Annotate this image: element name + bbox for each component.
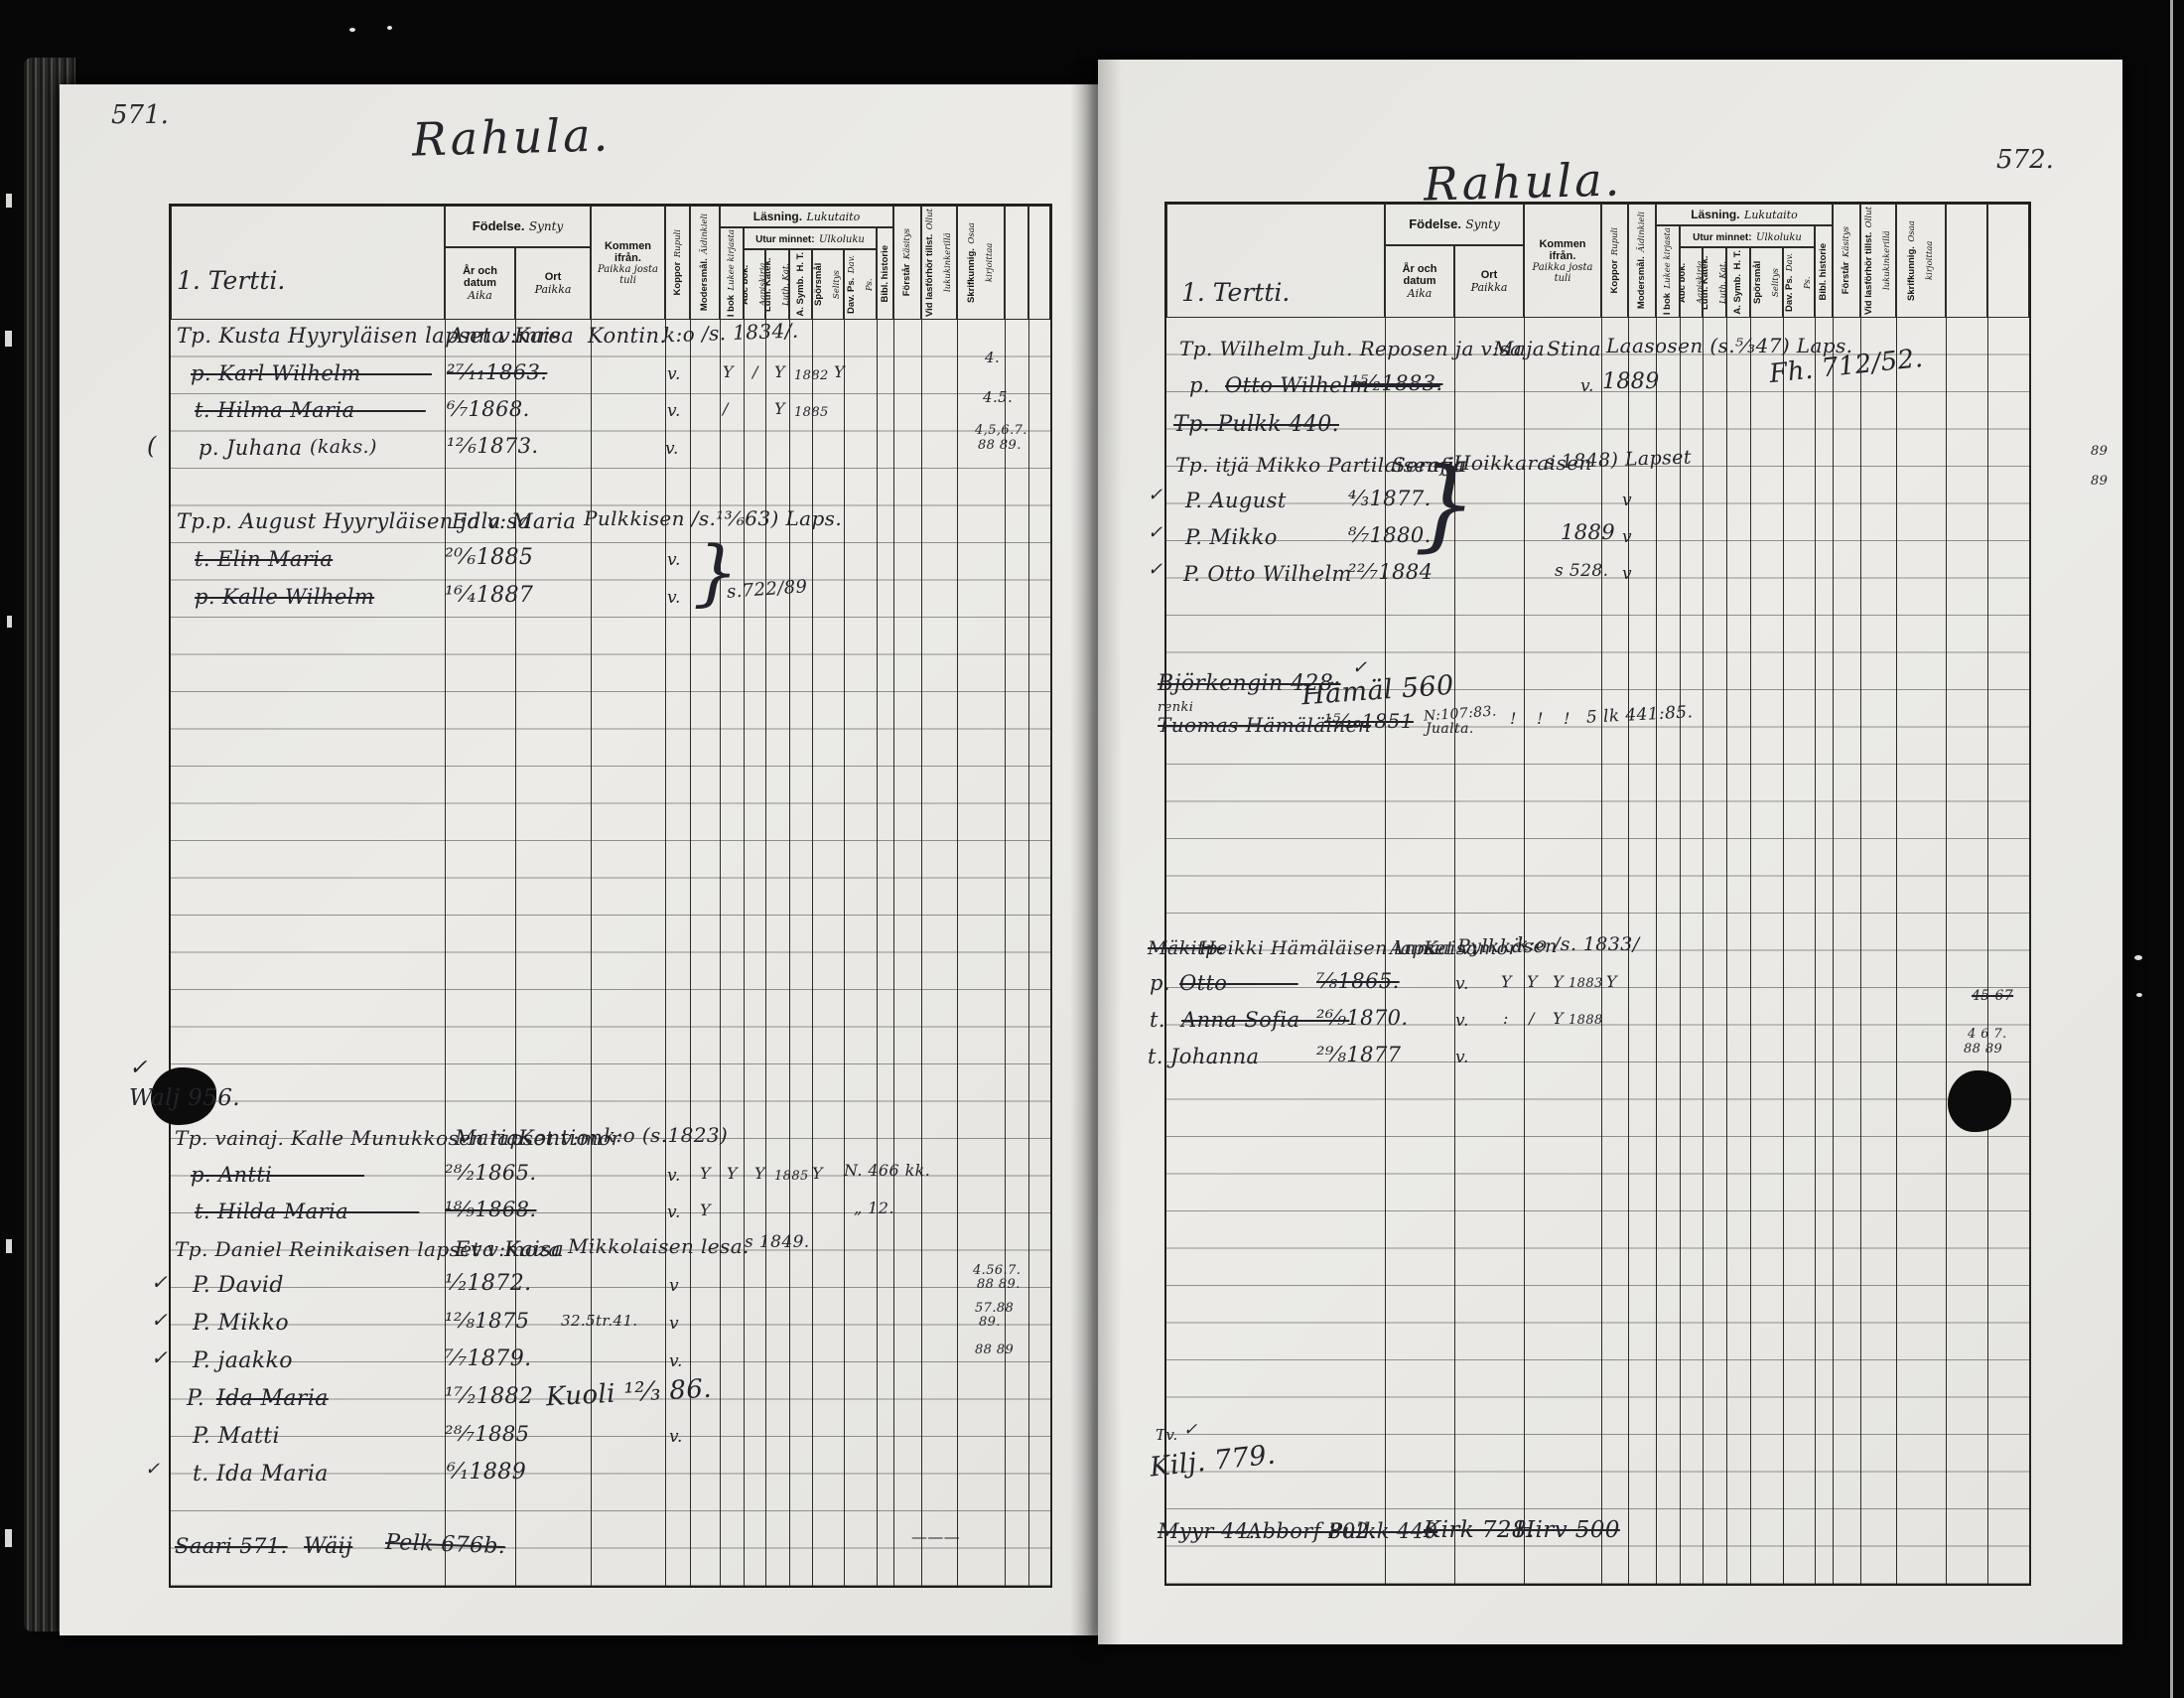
handwriting: ✓ [1352,659,1367,677]
handwriting: k:o (s.1823) [604,1125,728,1145]
handwriting: Maria [455,1128,519,1149]
handwriting: v. [669,1353,683,1370]
handwriting: 1883 [1569,977,1603,990]
handwriting: 45 67 [1972,989,2013,1003]
handwriting: ⁶⁄₁1889 [447,1462,526,1484]
handwriting: 1889 [1561,522,1615,543]
handwriting: ²⁰⁄₆1885 [445,547,533,569]
handwriting: / [1529,1011,1535,1027]
handwriting: ✓ [151,1310,168,1330]
handwriting: ! [1510,711,1517,727]
handwriting: 88 89 [1964,1043,2002,1056]
handwriting: ²²⁄₇1884 [1348,562,1433,583]
handwriting: ✓ [1148,524,1162,542]
handwriting: p. [1189,375,1210,396]
handwriting: ✓ [1148,561,1162,579]
left-page: 571. Rahula. 1. Tertti. Födelse. Synty Å… [60,84,1098,1635]
handwriting: Kaisa [504,1239,564,1260]
handwriting: Tp. Pulkk 440. [1173,414,1339,436]
handwriting: Y [754,1166,765,1182]
handwriting: P. Mikko [193,1313,289,1335]
handwriting: ¹²⁄₈1875 [445,1311,529,1332]
handwriting: t. [1150,1010,1165,1031]
handwriting: Anna [449,326,504,347]
book-gutter-shadow [1070,58,1122,1644]
handwriting: Stina [1547,339,1601,358]
handwriting: 4.56.7. [973,1264,1021,1277]
handwriting: 5 lk 441:85. [1586,704,1694,727]
handwriting: Kuoli ¹²⁄₃ 86. [545,1376,712,1411]
handwriting: Walj 956. [129,1087,240,1110]
handwriting: Jualta. [1426,722,1474,736]
handwriting: (kaks.) [310,438,377,457]
scan-artifact [349,28,355,32]
handwriting: Y [1606,974,1617,990]
handwriting: p. Kalle Wilhelm [195,587,374,608]
handwriting: t. Elin Maria [195,549,333,570]
handwriting: 57.88 [975,1302,1014,1315]
handwriting: Laasosen (s.⁵⁄₃47) Laps. [1606,336,1852,355]
handwriting: ¹⁸⁄₉1868. [445,1200,536,1220]
handwriting: ——— [911,1529,960,1545]
handwriting: Y [1501,974,1512,990]
handwriting: t. Johanna [1148,1047,1259,1067]
handwriting: 88 89. [977,1278,1021,1291]
handwriting: v [1622,493,1632,509]
handwriting: 32.5tr.41. [561,1314,638,1329]
handwriting: p. [1150,973,1170,994]
handwriting: ¹⁄₂1872. [445,1273,532,1295]
handwriting: P. Mikko [1185,527,1278,548]
handwriting: ✓ [1148,487,1162,504]
handwriting: t. Ida Maria [193,1464,329,1486]
handwriting: Y [700,1166,711,1182]
scan-artifact [6,194,12,208]
scan-artifact [7,616,12,628]
handwriting: ✓ [151,1272,168,1292]
handwriting: v. [667,552,681,569]
handwriting: Y [1553,1011,1564,1027]
handwriting: ( [147,434,157,458]
handwriting: ✓ [151,1347,168,1367]
handwriting: ! [1564,711,1570,727]
handwriting: Y [727,1166,738,1182]
handwriting: Y [1527,974,1538,990]
handwriting: Maja [1493,339,1545,358]
handwriting: v. [667,403,681,420]
handwriting: 4. [985,351,1000,365]
handwriting: v. [1455,1050,1469,1066]
handwriting: Wäij [304,1536,352,1558]
handwriting: 88 89. [978,439,1022,452]
handwriting: Kaisa [514,326,574,347]
handwriting: Y [774,401,785,417]
handwriting: v [1622,566,1632,583]
scanned-parish-register: 571. Rahula. 1. Tertti. Födelse. Synty Å… [0,0,2184,1698]
handwriting: P. Matti [193,1426,280,1448]
handwriting: N. 466 kk. [844,1163,930,1179]
handwriting: „ 12. [854,1201,894,1216]
handwriting: p. Karl Wilhelm ——— [191,363,432,384]
handwriting: ⁸⁄₇1880. [1348,525,1432,546]
handwriting: 4,5,6.7. [975,424,1027,437]
handwriting: ²⁸⁄₇1885 [445,1424,529,1445]
handwriting: ✓ [129,1058,148,1079]
handwriting: s 1848) Lapset [1545,448,1693,472]
handwriting: Mikkolaisen lesa. [568,1236,750,1256]
handwriting: 1885 [794,406,829,419]
handwriting: v. [667,590,681,607]
handwriting: Edla [452,511,501,532]
handwriting: 4.5. [983,390,1013,405]
handwriting: : [1503,1011,1509,1027]
handwriting: P. jaakko [193,1350,293,1372]
handwriting: ⁶⁄₇1868. [447,399,530,420]
handwriting: v. [667,1168,681,1185]
handwritten-entries: Tp. Kusta Hyyryläisen lapset v:mreAnnaKa… [60,84,1098,1635]
handwriting: Kontin. [588,326,666,347]
handwriting: t. Hilma Maria ——— [195,400,426,421]
handwriting: 1882 [794,369,829,382]
handwriting: 89 [2091,445,2108,458]
handwriting: P. August [1185,491,1287,511]
handwriting: / [723,401,729,417]
handwriting: P. [187,1388,205,1410]
handwriting: Hirv 500 [1515,1519,1620,1542]
handwriting: Pelk 676b. [385,1532,506,1558]
handwriting: k:o /s. 1833/ [1517,935,1640,954]
handwriting: v. [667,1204,681,1221]
handwriting: v. [667,366,681,383]
handwriting: ²⁸⁄₂1865. [445,1163,536,1184]
handwriting: Otto ——— [1179,973,1298,994]
handwritten-entries: Tp. Wilhelm Juh. Reposen ja v:saMajaStin… [1098,60,2122,1644]
handwriting: Y [1553,974,1564,990]
handwriting: Y [774,364,785,380]
handwriting: ²⁹⁄₈1877 [1316,1045,1401,1065]
handwriting: p. Antti ———— [191,1165,364,1186]
handwriting: P. David [193,1275,284,1297]
scan-artifact [6,1239,12,1253]
handwriting: Pulkkisen /s.¹³⁄₆63) Laps. [584,508,842,528]
handwriting: 4 6 7. [1968,1028,2007,1041]
handwriting: ²⁶⁄₉1870. [1316,1008,1408,1029]
scan-artifact [2170,0,2173,1698]
scan-artifact [387,26,392,30]
handwriting: v [669,1278,679,1295]
handwriting: ! [1537,711,1544,727]
scan-artifact [2136,993,2142,997]
handwriting: P. Otto Wilhelm [1183,564,1352,585]
handwriting: ¹²⁄₆1873. [447,436,538,457]
handwriting: ✓ [145,1461,160,1479]
handwriting: v [669,1316,679,1333]
handwriting: 89 [2091,475,2108,488]
handwriting: Kontion [518,1128,603,1149]
handwriting: ⁷⁄₈1865. [1316,971,1400,992]
handwriting: ¹⁵⁄₂1883. [1351,373,1442,394]
handwriting: v. [665,441,679,458]
right-page: 572. Rahula. 1. Tertti. Födelse. Synty Å… [1098,60,2122,1644]
handwriting: Ida Maria [216,1388,329,1410]
handwriting: 88 89 [975,1344,1014,1356]
handwriting: Y [700,1203,711,1218]
handwriting: v. [1455,976,1469,993]
handwriting: s 528. [1555,563,1608,580]
scan-artifact [2134,955,2142,960]
handwriting: 1889 [1602,371,1660,393]
handwriting: Y [812,1166,823,1182]
handwriting: v. [1455,1013,1469,1030]
handwriting: Kilj. 779. [1149,1441,1277,1481]
handwriting: 89. [979,1316,1001,1329]
handwriting: ¹⁷⁄₂1882 [445,1386,533,1408]
handwriting: k:o /s. 1834/. [663,321,799,346]
handwriting: s 1849. [745,1234,810,1251]
handwriting: v. [669,1429,683,1446]
handwriting: ²⁷⁄₁₁1863. [447,362,547,383]
handwriting: Maria [511,511,576,532]
handwriting: Y [834,364,845,380]
handwriting: / [752,364,758,380]
handwriting: Pulkk 440 [1328,1521,1437,1542]
handwriting: ¹⁶⁄₄1887 [445,585,533,607]
handwriting: 1885 [774,1170,809,1183]
handwriting: Eva [455,1239,495,1260]
handwriting: Y [723,364,734,380]
handwriting: Tv. [1156,1428,1178,1443]
scan-artifact [5,331,12,347]
ink-blot [1948,1070,2011,1132]
handwriting: 1888 [1569,1014,1603,1027]
handwriting: t. Hilda Maria ——— [195,1202,419,1222]
scan-artifact [5,1529,12,1547]
handwriting: p. Juhana [199,438,302,459]
handwriting: v [1622,529,1632,546]
handwriting: ¹⁵⁄₁₀1851 [1324,711,1414,731]
handwriting: Tp. Wilhelm Juh. Reposen ja v:sa [1179,339,1522,358]
handwriting: s.722/89 [726,578,808,602]
handwriting: ⁷⁄₇1879. [445,1348,532,1370]
handwriting: Tp. Daniel Reinikaisen lapset v:moza [175,1239,561,1259]
handwriting: Saari 571. [175,1536,288,1557]
handwriting: ✓ [1183,1422,1198,1439]
handwriting: Myyr 44. [1158,1521,1256,1542]
handwriting: v. [1580,378,1594,395]
